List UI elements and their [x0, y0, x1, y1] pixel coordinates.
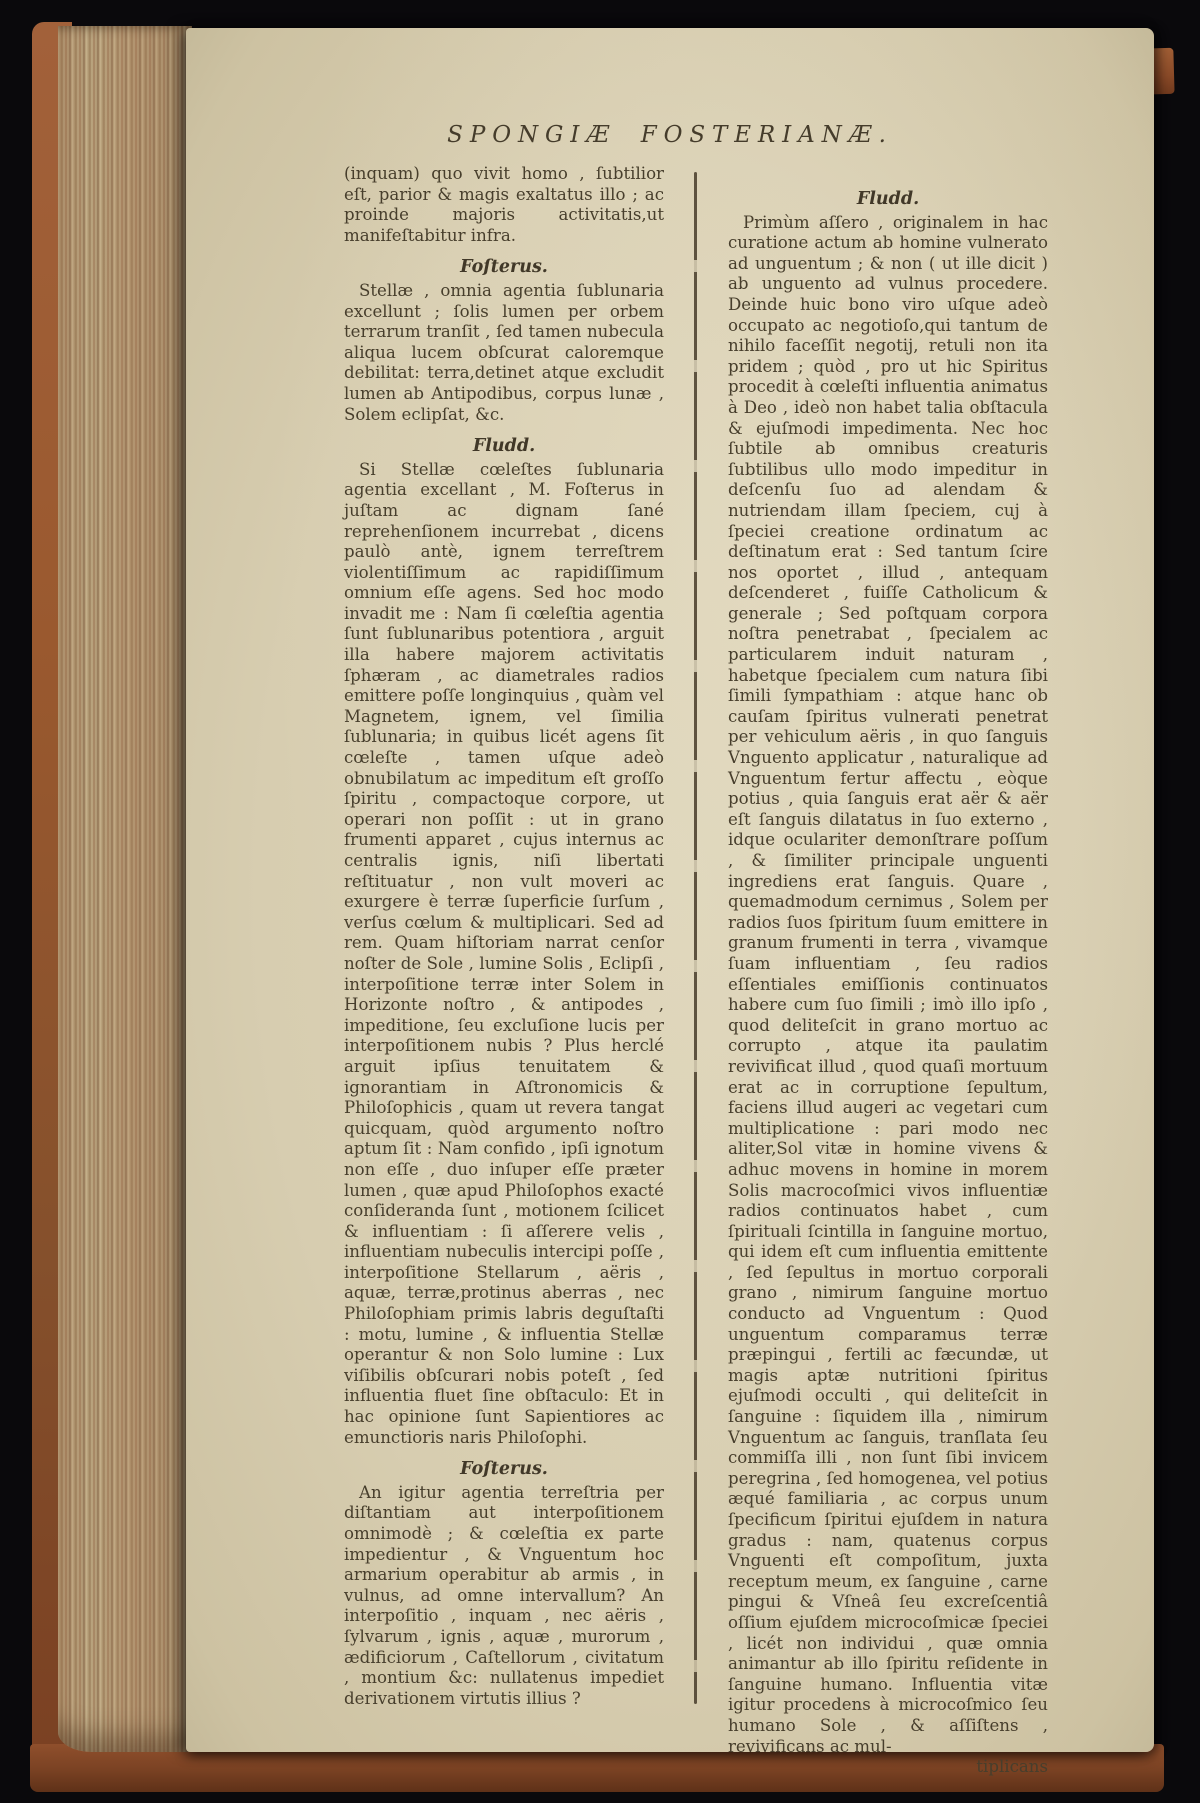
left-column: (inquam) quo vivit homo , ſubtilior eſt,…: [344, 164, 664, 1778]
running-head-title: SPONGIÆ FOSTERIANÆ.: [186, 28, 1154, 148]
column-divider-rule: [694, 172, 697, 1704]
intro-paragraph: (inquam) quo vivit homo , ſubtilior eſt,…: [344, 164, 664, 246]
paragraph-fludd-right: Primùm aſſero , originalem in hac curati…: [728, 213, 1048, 1758]
page-edges-stack: [58, 26, 192, 1752]
text-columns: (inquam) quo vivit homo , ſubtilior eſt,…: [344, 164, 1048, 1778]
book-photo-scene: SPONGIÆ FOSTERIANÆ. (inquam) quo vivit h…: [0, 0, 1200, 1803]
section-heading-fosterus-2: Foſterus.: [344, 1459, 664, 1480]
right-column: Fludd. Primùm aſſero , originalem in hac…: [728, 164, 1048, 1778]
paragraph-fosterus-2: An igitur agentia terreſtria per diſtant…: [344, 1483, 664, 1710]
section-heading-fosterus-1: Foſterus.: [344, 257, 664, 278]
paragraph-fosterus-1: Stellæ , omnia agentia ſublunaria excell…: [344, 281, 664, 425]
book-page: SPONGIÆ FOSTERIANÆ. (inquam) quo vivit h…: [186, 28, 1154, 1752]
paragraph-fludd-1: Si Stellæ cœleſtes ſublunaria agentia ex…: [344, 460, 664, 1449]
catchword: tiplicans: [728, 1757, 1048, 1778]
section-heading-fludd-right: Fludd.: [728, 189, 1048, 210]
section-heading-fludd-1: Fludd.: [344, 436, 664, 457]
